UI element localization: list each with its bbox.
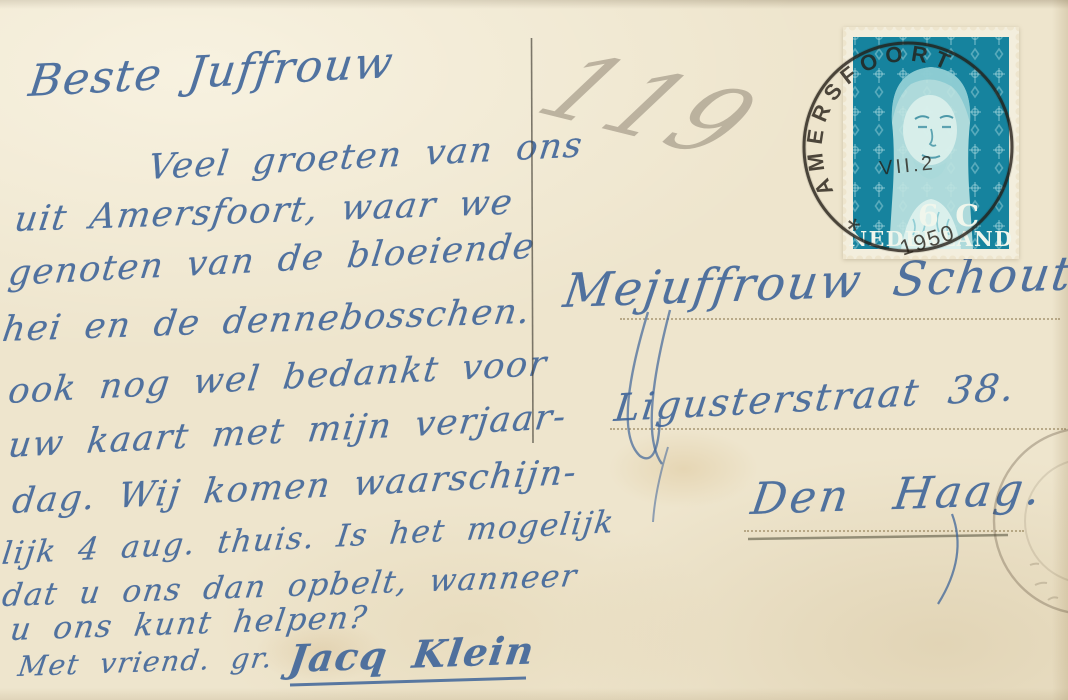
address-rule-2: [610, 428, 1066, 430]
postmark-year: 1950: [897, 219, 959, 260]
faint-postmark-arc: [994, 428, 1068, 614]
postmark-ring-blur: [804, 43, 1012, 251]
postcard: Beste Juffrouw Veel groeten van ons uit …: [0, 0, 1068, 700]
city-underline: [748, 535, 1008, 539]
signature: Jacq Klein: [286, 628, 538, 681]
faint-postmark-marks: [1030, 564, 1058, 600]
message-greeting: Beste Juffrouw: [26, 37, 397, 107]
postmark: AMERSFOORT VII.2 1950 *: [780, 15, 1040, 285]
message-closing: Met vriend. gr.: [16, 641, 276, 683]
address-rule-1: [620, 318, 1060, 320]
message-line: Veel groeten van ons: [146, 125, 585, 188]
pen-flourish-stroke: [653, 447, 668, 522]
pen-tail-stroke: [938, 514, 958, 604]
address-city: Den Haag.: [748, 464, 1046, 525]
message-line: hei en de dennebosschen.: [0, 292, 534, 350]
address-rule-3: [744, 530, 1024, 532]
postmark-date: VII.2: [878, 152, 936, 180]
address-street: Ligusterstraat 38.: [612, 365, 1018, 430]
